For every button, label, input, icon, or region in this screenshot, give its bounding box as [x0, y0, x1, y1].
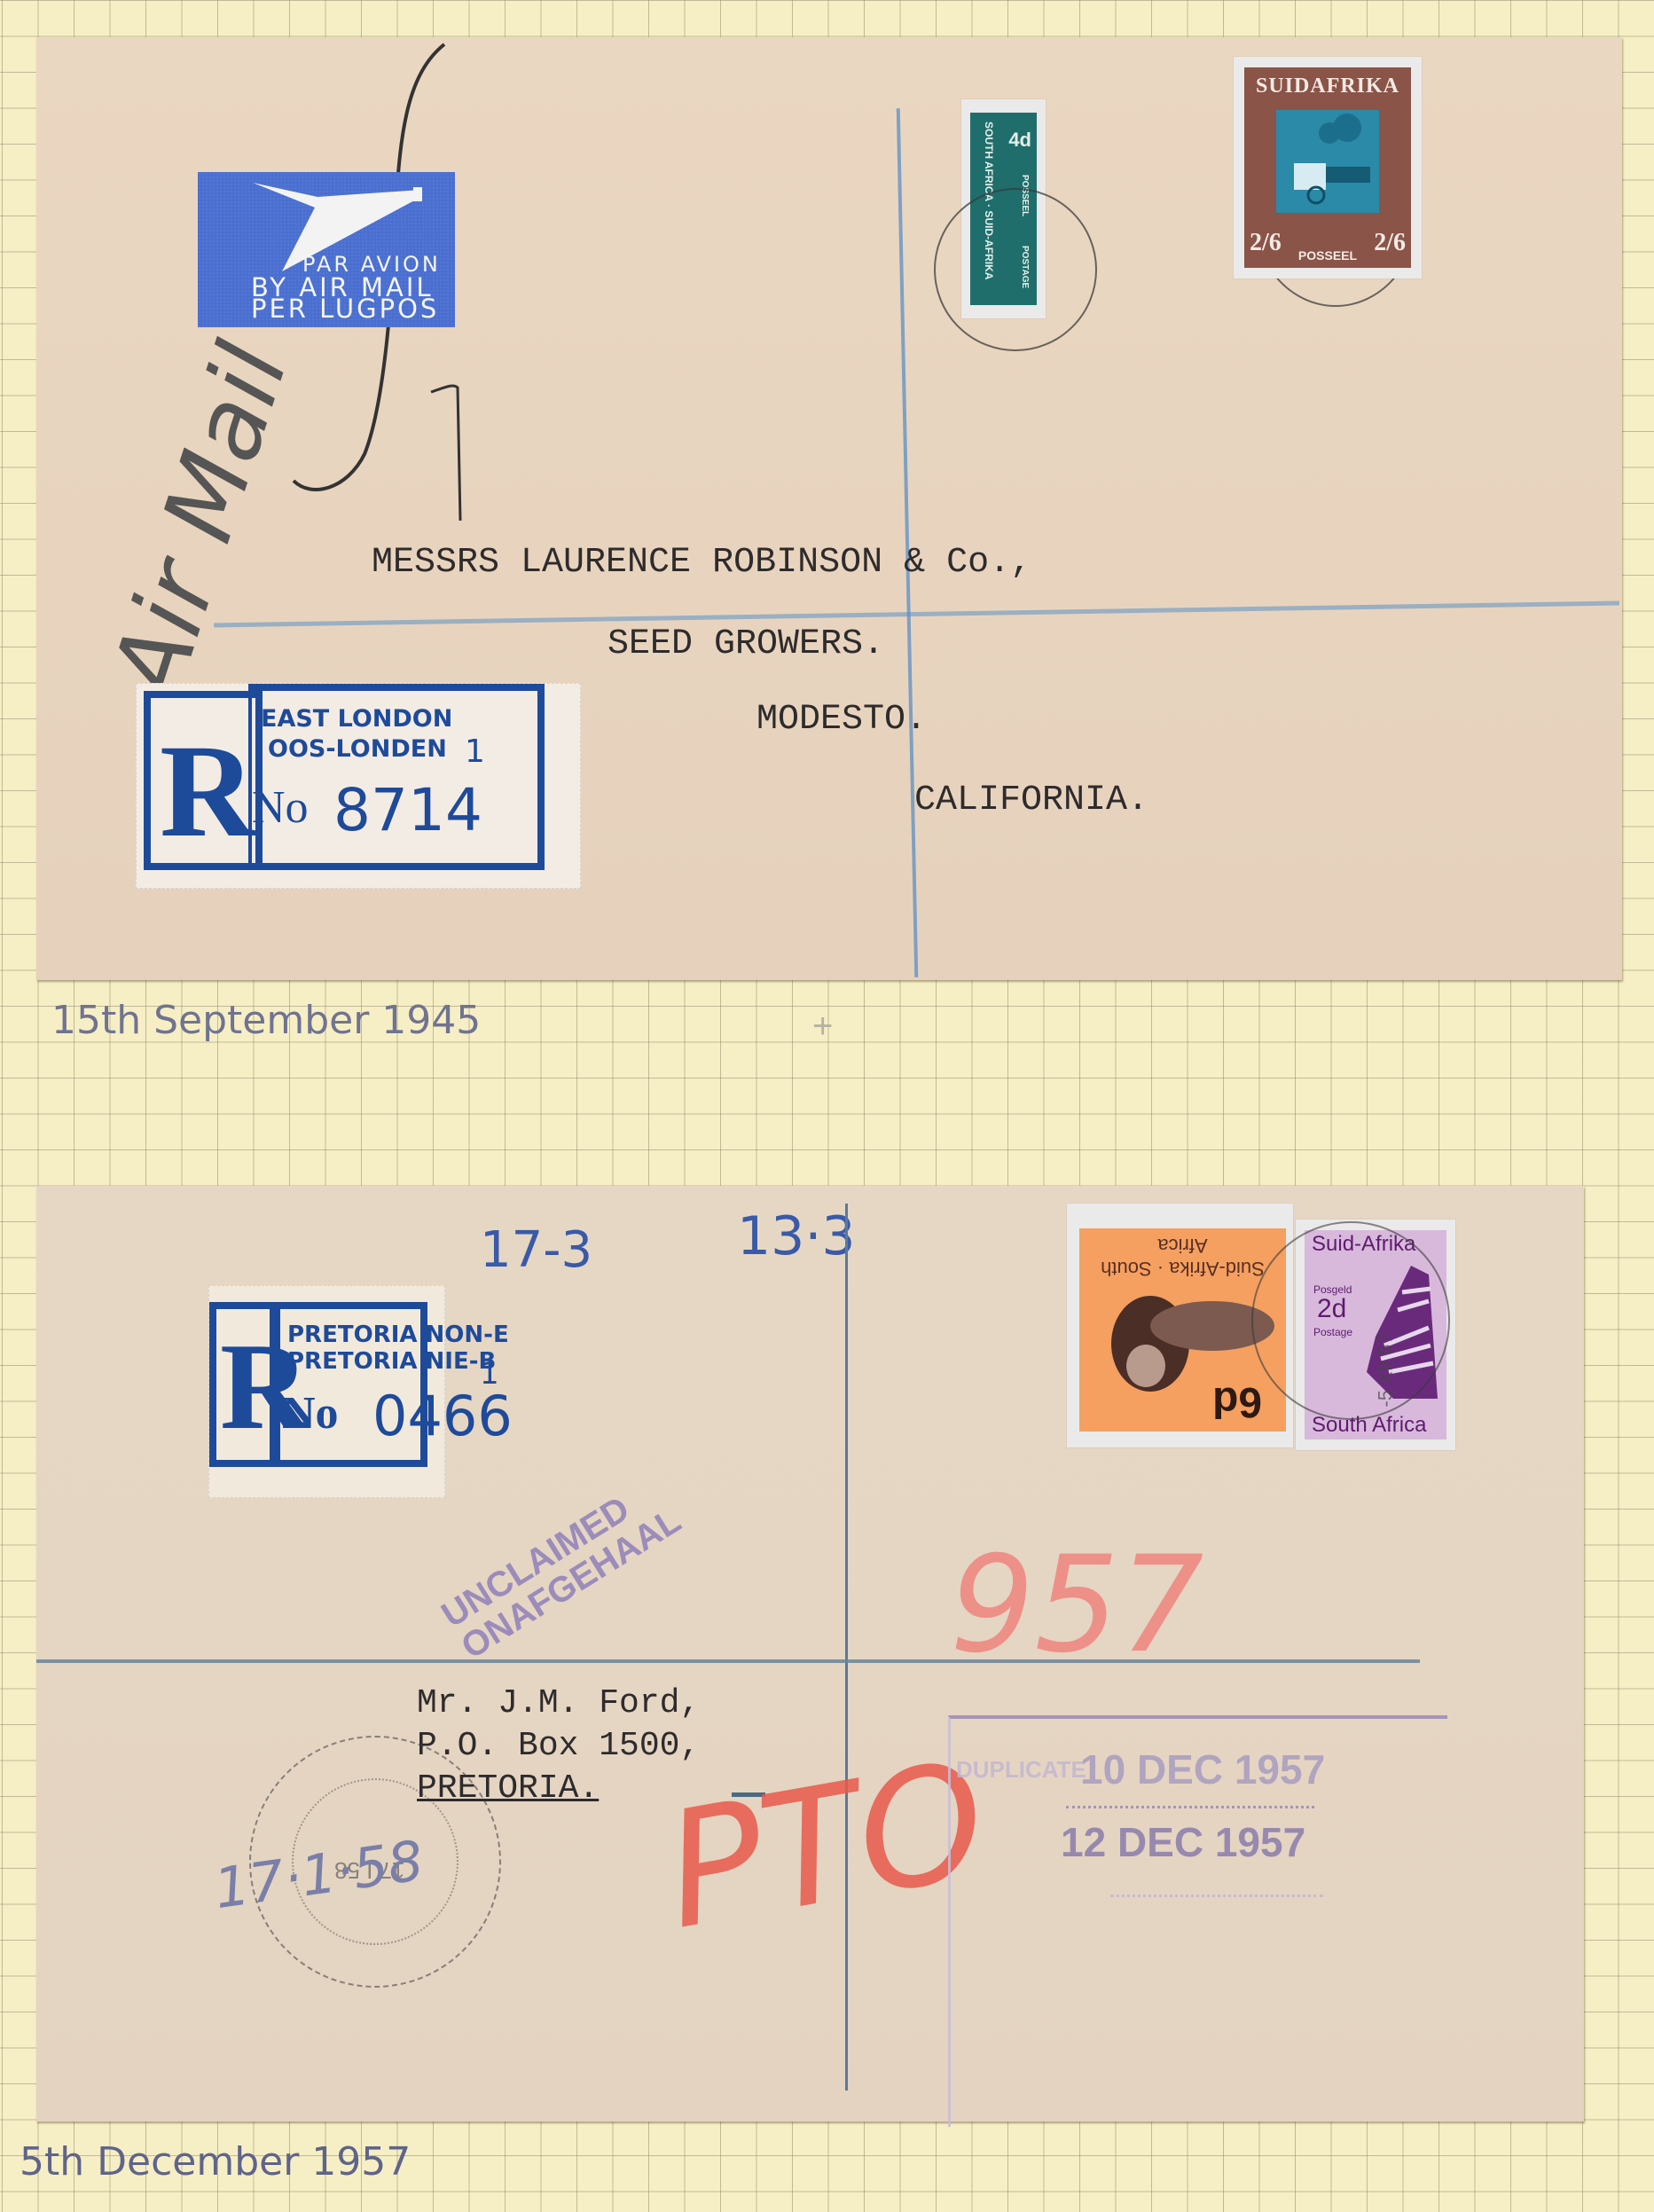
registration-no-prefix: No: [252, 781, 309, 834]
registration-office-1: PRETORIA NON-E: [287, 1323, 509, 1347]
airmail-line-3: PER LUGPOS: [251, 296, 439, 322]
registration-label-8714: R EAST LONDON OOS-LONDEN 1 No 8714: [136, 683, 581, 889]
registration-office-2: PRETORIA NIE-B: [287, 1350, 496, 1374]
blue-crayon-horizontal: [214, 601, 1619, 628]
stamp-2s6d-label: POSSEEL: [1244, 248, 1411, 263]
caption-1957: 5th December 1957: [20, 2139, 411, 2185]
plus-mark: +: [812, 1007, 833, 1047]
postmark-pretoria-date: -5 XII 57: [1375, 1333, 1398, 1407]
address-line-2: SEED GROWERS.: [608, 624, 884, 664]
blue-crayon-horizontal: [36, 1659, 1420, 1663]
address-line-3: MODESTO.: [756, 700, 927, 740]
address-line-1: MESSRS LAURENCE ROBINSON & Co.,: [372, 543, 1031, 583]
red-crayon-pto: PTO: [653, 1727, 999, 1965]
stamp-2s6d-ox-wagon-scene: [1276, 110, 1379, 213]
cover-1945: Air Mail PAR AVION BY AIR MAIL PER LUGPO…: [36, 37, 1622, 980]
stamp-6d-value: 6d: [1212, 1377, 1262, 1426]
address-line-2: P.O. Box 1500,: [417, 1727, 700, 1765]
registration-office-2: OOS-LONDEN: [268, 737, 447, 762]
date-stamp-1: 10 DEC 1957: [1080, 1745, 1325, 1793]
date-stamp-dotted-line: [1066, 1806, 1314, 1808]
registration-label-0466: R PRETORIA NON-E PRETORIA NIE-B 1 No 046…: [208, 1285, 445, 1498]
caption-1945: 15th September 1945: [51, 998, 481, 1043]
registration-office-1: EAST LONDON: [261, 707, 452, 732]
pencil-note-17-3: 17-3: [480, 1221, 592, 1279]
red-crayon-957: 957: [950, 1528, 1203, 1683]
registration-number: 0466: [372, 1384, 513, 1448]
registration-office-suffix: 1: [465, 735, 485, 769]
date-stamp-2: 12 DEC 1957: [1061, 1818, 1305, 1866]
blue-crayon-vertical: [845, 1204, 848, 2090]
registration-letter: R: [160, 725, 255, 858]
stamp-2s6d-country: SUIDAFRIKA: [1244, 75, 1411, 98]
postmark-east-london-1: [934, 188, 1097, 351]
cover-1957: 17-3 13·3 R PRETORIA NON-E PRETORIA NIE-…: [36, 1186, 1584, 2122]
registration-no-prefix: No: [282, 1387, 339, 1439]
pencil-note-13-3: 13·3: [737, 1205, 856, 1267]
postmark-pretoria: [1251, 1221, 1450, 1420]
date-stamp-dotted-line-2: [1110, 1894, 1323, 1897]
registration-number: 8714: [333, 776, 482, 844]
address-line-1: Mr. J.M. Ford,: [417, 1684, 700, 1722]
date-stamp-box: DUPLICATE 10 DEC 1957 12 DEC 1957: [948, 1715, 1447, 2127]
date-stamp-prefix: DUPLICATE: [956, 1756, 1086, 1784]
stamp-2s6d: SUIDAFRIKA 2/6 2/6 POSSEEL: [1234, 57, 1422, 278]
airmail-label: PAR AVION BY AIR MAIL PER LUGPOS: [198, 172, 455, 327]
address-line-4: CALIFORNIA.: [914, 780, 1148, 820]
unclaimed-cachet: UNCLAIMED ONAFGEHAAL: [435, 1470, 687, 1666]
stamp-4d-value: 4d: [1008, 129, 1031, 152]
